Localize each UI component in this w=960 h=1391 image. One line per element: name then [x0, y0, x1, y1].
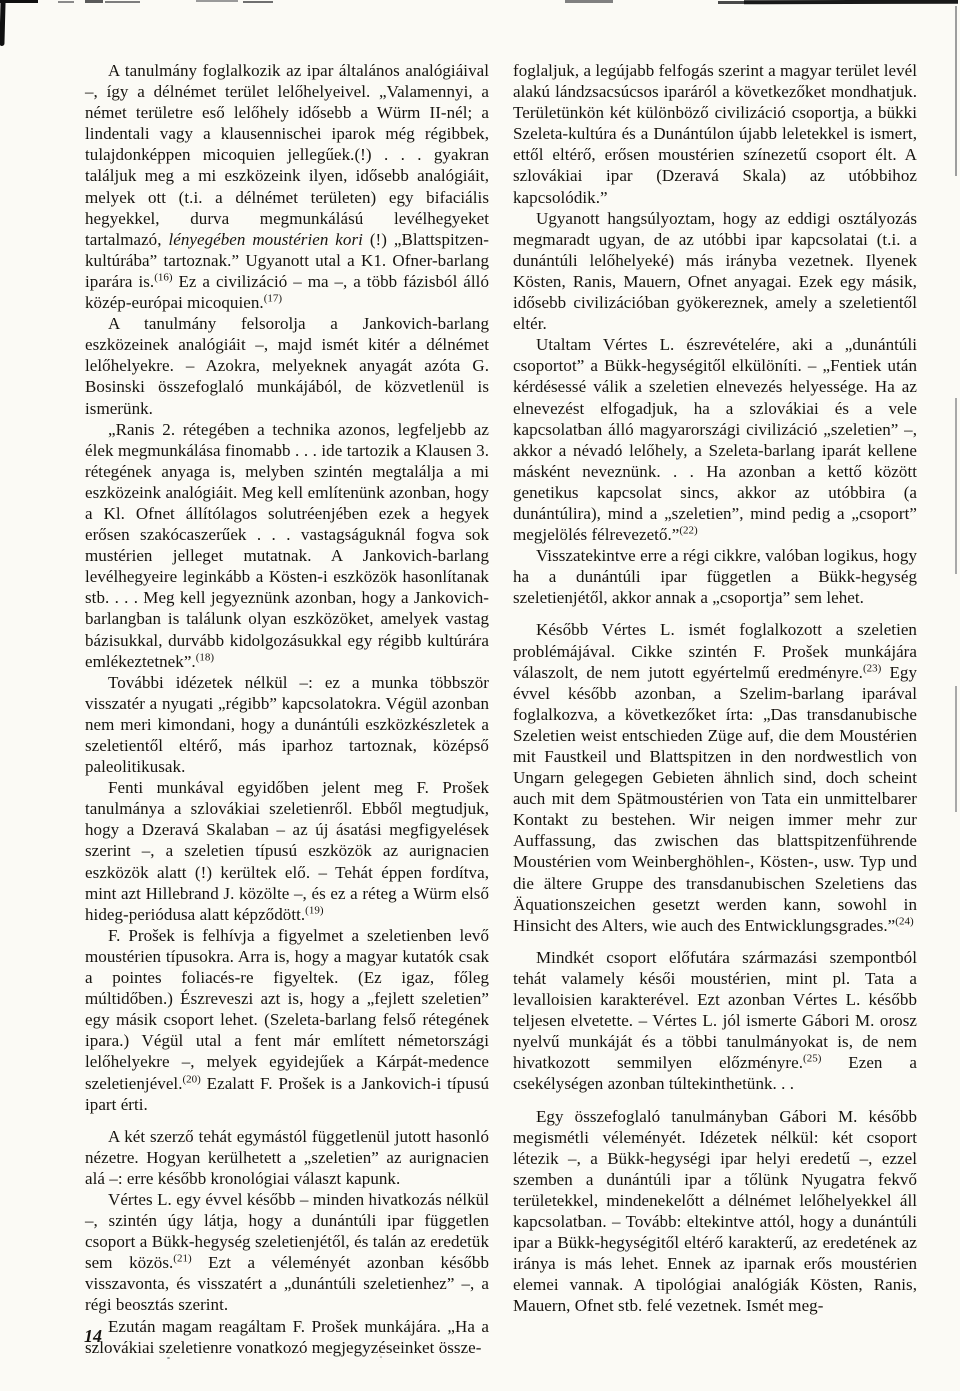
paragraph: Egy összefoglaló tanulmányban Gábori M. … [513, 1106, 917, 1317]
scanned-page: A tanulmány foglalkozik az ipar általáno… [0, 0, 960, 1391]
text-run: Egy összefoglaló tanulmányban Gábori M. … [513, 1107, 917, 1316]
scan-artifact-dash [243, 1, 273, 3]
paragraph: Később Vértes L. ismét foglalkozott a sz… [513, 619, 917, 935]
scan-artifact-dash [105, 1, 140, 3]
paragraph: foglaljuk, a legújabb felfogás szerint a… [513, 60, 917, 208]
paragraph: A két szerző tehát egymástól függetlenül… [85, 1126, 489, 1189]
paragraph: Utaltam Vértes L. észrevételére, aki a „… [513, 334, 917, 545]
footnote-reference: (16) [154, 271, 172, 283]
scan-artifact-right-edge-line [955, 686, 957, 812]
footnote-reference: (19) [305, 904, 323, 916]
text-run: Visszatekintve erre a régi cikkre, valób… [513, 546, 917, 607]
text-run: Később Vértes L. ismét foglalkozott a sz… [513, 620, 917, 681]
paragraph: A tanulmány foglalkozik az ipar általáno… [85, 60, 489, 313]
paragraph: Fenti munkával egyidőben jelent meg F. P… [85, 777, 489, 925]
footnote-reference: (22) [679, 524, 697, 536]
scan-artifact-corner-hook [0, 0, 6, 46]
text-run: Fenti munkával egyidőben jelent meg F. P… [85, 778, 489, 924]
paragraph: A tanulmány felsorolja a Jankovich-barla… [85, 313, 489, 418]
scan-artifact-dash [196, 0, 238, 2]
footnote-reference: (21) [173, 1253, 191, 1265]
text-run: A tanulmány foglalkozik az ipar általáno… [85, 61, 489, 249]
text-run: A tanulmány felsorolja a Jankovich-barla… [85, 314, 489, 417]
footnote-reference: (20) [183, 1073, 201, 1085]
paragraph: Mindkét csoport előfutára származási sze… [513, 947, 917, 1095]
scan-artifact-right-edge-line [955, 398, 957, 574]
scan-artifact-dash [565, 0, 613, 3]
text-run: További idézetek nélkül –: ez a munka tö… [85, 673, 489, 776]
text-run: A két szerző tehát egymástól függetlenül… [85, 1127, 489, 1188]
text-run: Ezután magam reagáltam F. Prošek munkájá… [85, 1317, 489, 1357]
paragraph: Vértes L. egy évvel később – minden hiva… [85, 1189, 489, 1316]
text-run: Egy évvel később azonban, a Szelim-barla… [513, 663, 917, 935]
text-run: „Ranis 2. rétegében a technika azonos, l… [85, 420, 489, 671]
text-run: Ugyanott hangsúlyoztam, hogy az eddigi o… [513, 209, 917, 333]
scan-artifact-dash [58, 1, 74, 3]
text-run: F. Prošek is felhívja a figyelmet a szel… [85, 926, 489, 1093]
footnote-reference: (17) [264, 292, 282, 304]
text-run: lényegében moustérien kori [168, 230, 362, 249]
page-number: 14 [84, 1326, 102, 1347]
paragraph: „Ranis 2. rétegében a technika azonos, l… [85, 419, 489, 672]
footnote-reference: (18) [196, 651, 214, 663]
left-column: A tanulmány foglalkozik az ipar általáno… [85, 60, 489, 1358]
text-run: foglaljuk, a legújabb felfogás szerint a… [513, 61, 917, 207]
paragraph: További idézetek nélkül –: ez a munka tö… [85, 672, 489, 777]
footnote-reference: (25) [803, 1053, 821, 1065]
footnote-reference: (23) [863, 662, 881, 674]
scan-artifact-dash [718, 1, 744, 4]
right-column: foglaljuk, a legújabb felfogás szerint a… [513, 60, 917, 1316]
paragraph: Ugyanott hangsúlyoztam, hogy az eddigi o… [513, 208, 917, 335]
scan-artifact-right-edge-line [955, 6, 957, 176]
scan-artifact-top-left-line [0, 0, 38, 3]
paragraph: Visszatekintve erre a régi cikkre, valób… [513, 545, 917, 608]
paragraph: Ezután magam reagáltam F. Prošek munkájá… [85, 1316, 489, 1358]
text-run: Utaltam Vértes L. észrevételére, aki a „… [513, 335, 917, 544]
footnote-reference: (24) [895, 915, 913, 927]
scan-artifact-dash [85, 0, 103, 3]
scan-artifact-top-right-line [744, 0, 958, 4]
paragraph: F. Prošek is felhívja a figyelmet a szel… [85, 925, 489, 1115]
